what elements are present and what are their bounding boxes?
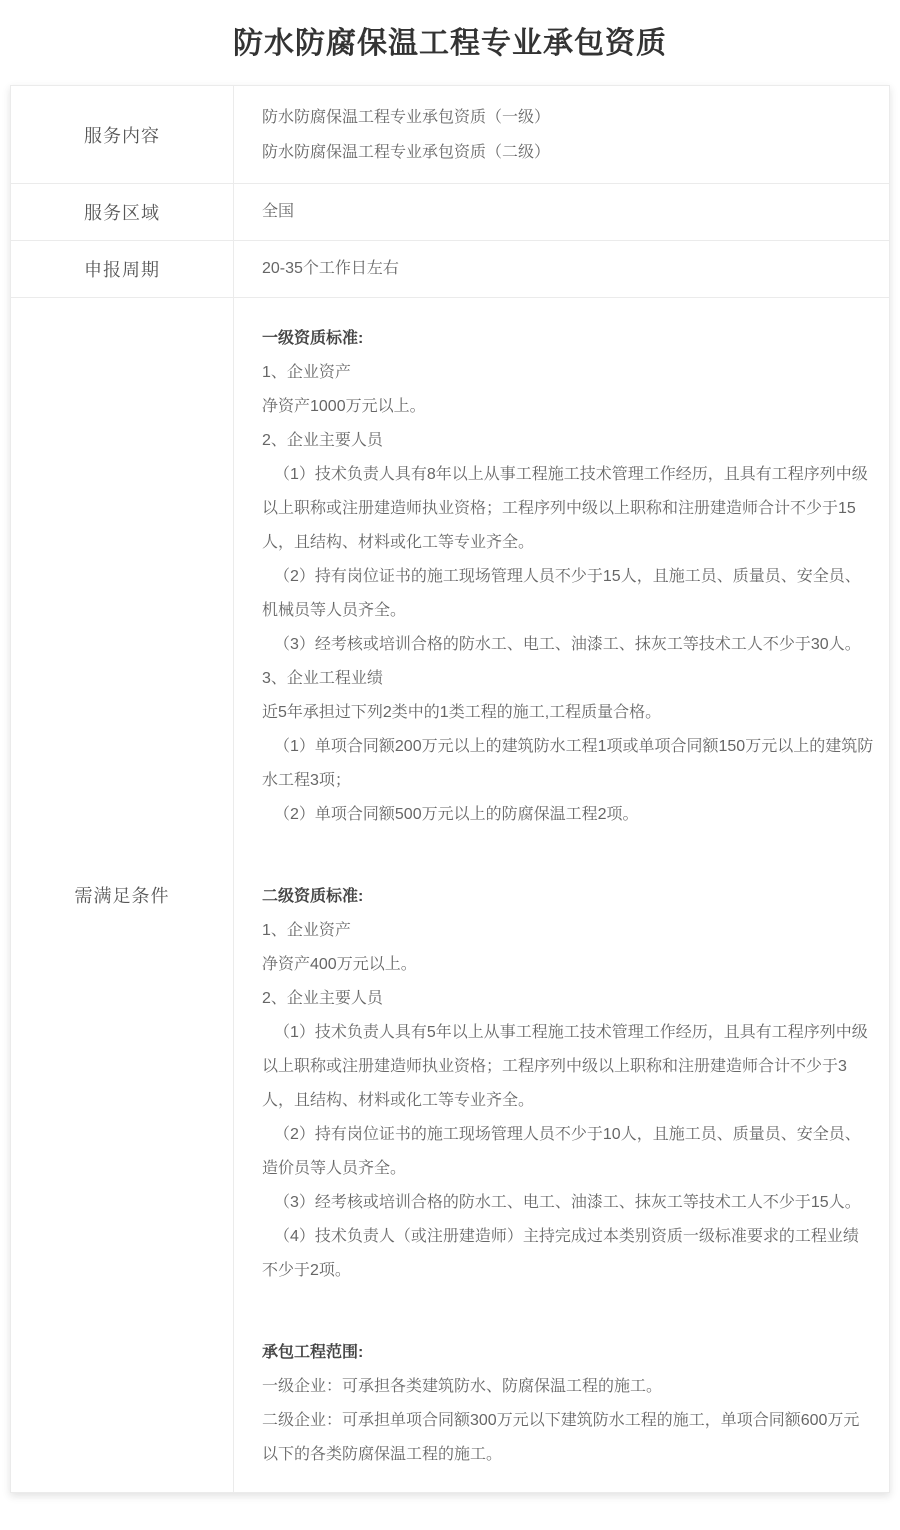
- condition-paragraph: 二级企业：可承担单项合同额300万元以下建筑防水工程的施工，单项合同额600万元…: [262, 1404, 874, 1472]
- page-title: 防水防腐保温工程专业承包资质: [0, 26, 900, 62]
- row-value-service-content: 防水防腐保温工程专业承包资质（一级） 防水防腐保温工程专业承包资质（二级）: [234, 86, 889, 183]
- condition-paragraph: （2）持有岗位证书的施工现场管理人员不少于15人，且施工员、质量员、安全员、机械…: [262, 560, 874, 628]
- row-label-service-content: 服务内容: [11, 86, 234, 183]
- condition-paragraph: （1）单项合同额200万元以上的建筑防水工程1项或单项合同额150万元以上的建筑…: [262, 730, 874, 798]
- condition-paragraph: 1、企业资产: [262, 356, 874, 390]
- condition-section-heading: 二级资质标准:: [262, 880, 874, 914]
- condition-paragraph: 2、企业主要人员: [262, 982, 874, 1016]
- row-label-conditions: 需满足条件: [11, 298, 234, 1492]
- condition-paragraph: （1）技术负责人具有8年以上从事工程施工技术管理工作经历，且具有工程序列中级以上…: [262, 458, 874, 560]
- condition-paragraph: （2）单项合同额500万元以上的防腐保温工程2项。: [262, 798, 874, 832]
- condition-paragraph: 净资产400万元以上。: [262, 948, 874, 982]
- row-value-service-area: 全国: [234, 184, 889, 240]
- row-value-application-cycle: 20-35个工作日左右: [234, 241, 889, 297]
- qualification-info-table: 服务内容 防水防腐保温工程专业承包资质（一级） 防水防腐保温工程专业承包资质（二…: [10, 85, 890, 1493]
- condition-paragraph: 1、企业资产: [262, 914, 874, 948]
- row-label-service-area: 服务区域: [11, 184, 234, 240]
- condition-paragraph: （3）经考核或培训合格的防水工、电工、油漆工、抹灰工等技术工人不少于30人。: [262, 628, 874, 662]
- condition-section-heading: 一级资质标准:: [262, 322, 874, 356]
- condition-section-heading: 承包工程范围:: [262, 1336, 874, 1370]
- table-row-service-area: 服务区域 全国: [11, 183, 889, 240]
- table-row-application-cycle: 申报周期 20-35个工作日左右: [11, 240, 889, 297]
- condition-paragraph: （3）经考核或培训合格的防水工、电工、油漆工、抹灰工等技术工人不少于15人。: [262, 1186, 874, 1220]
- condition-paragraph: 净资产1000万元以上。: [262, 390, 874, 424]
- condition-paragraph: （2）持有岗位证书的施工现场管理人员不少于10人，且施工员、质量员、安全员、造价…: [262, 1118, 874, 1186]
- service-content-item: 防水防腐保温工程专业承包资质（一级）: [262, 100, 874, 135]
- condition-paragraph: （1）技术负责人具有5年以上从事工程施工技术管理工作经历，且具有工程序列中级以上…: [262, 1016, 874, 1118]
- table-row-conditions: 需满足条件 一级资质标准:1、企业资产净资产1000万元以上。2、企业主要人员（…: [11, 297, 889, 1492]
- condition-paragraph: 2、企业主要人员: [262, 424, 874, 458]
- row-label-application-cycle: 申报周期: [11, 241, 234, 297]
- condition-paragraph: 3、企业工程业绩: [262, 662, 874, 696]
- row-value-conditions: 一级资质标准:1、企业资产净资产1000万元以上。2、企业主要人员（1）技术负责…: [234, 298, 889, 1492]
- condition-paragraph: 一级企业：可承担各类建筑防水、防腐保温工程的施工。: [262, 1370, 874, 1404]
- condition-paragraph: 近5年承担过下列2类中的1类工程的施工,工程质量合格。: [262, 696, 874, 730]
- table-row-service-content: 服务内容 防水防腐保温工程专业承包资质（一级） 防水防腐保温工程专业承包资质（二…: [11, 86, 889, 183]
- condition-paragraph: （4）技术负责人（或注册建造师）主持完成过本类别资质一级标准要求的工程业绩不少于…: [262, 1220, 874, 1288]
- service-content-item: 防水防腐保温工程专业承包资质（二级）: [262, 135, 874, 170]
